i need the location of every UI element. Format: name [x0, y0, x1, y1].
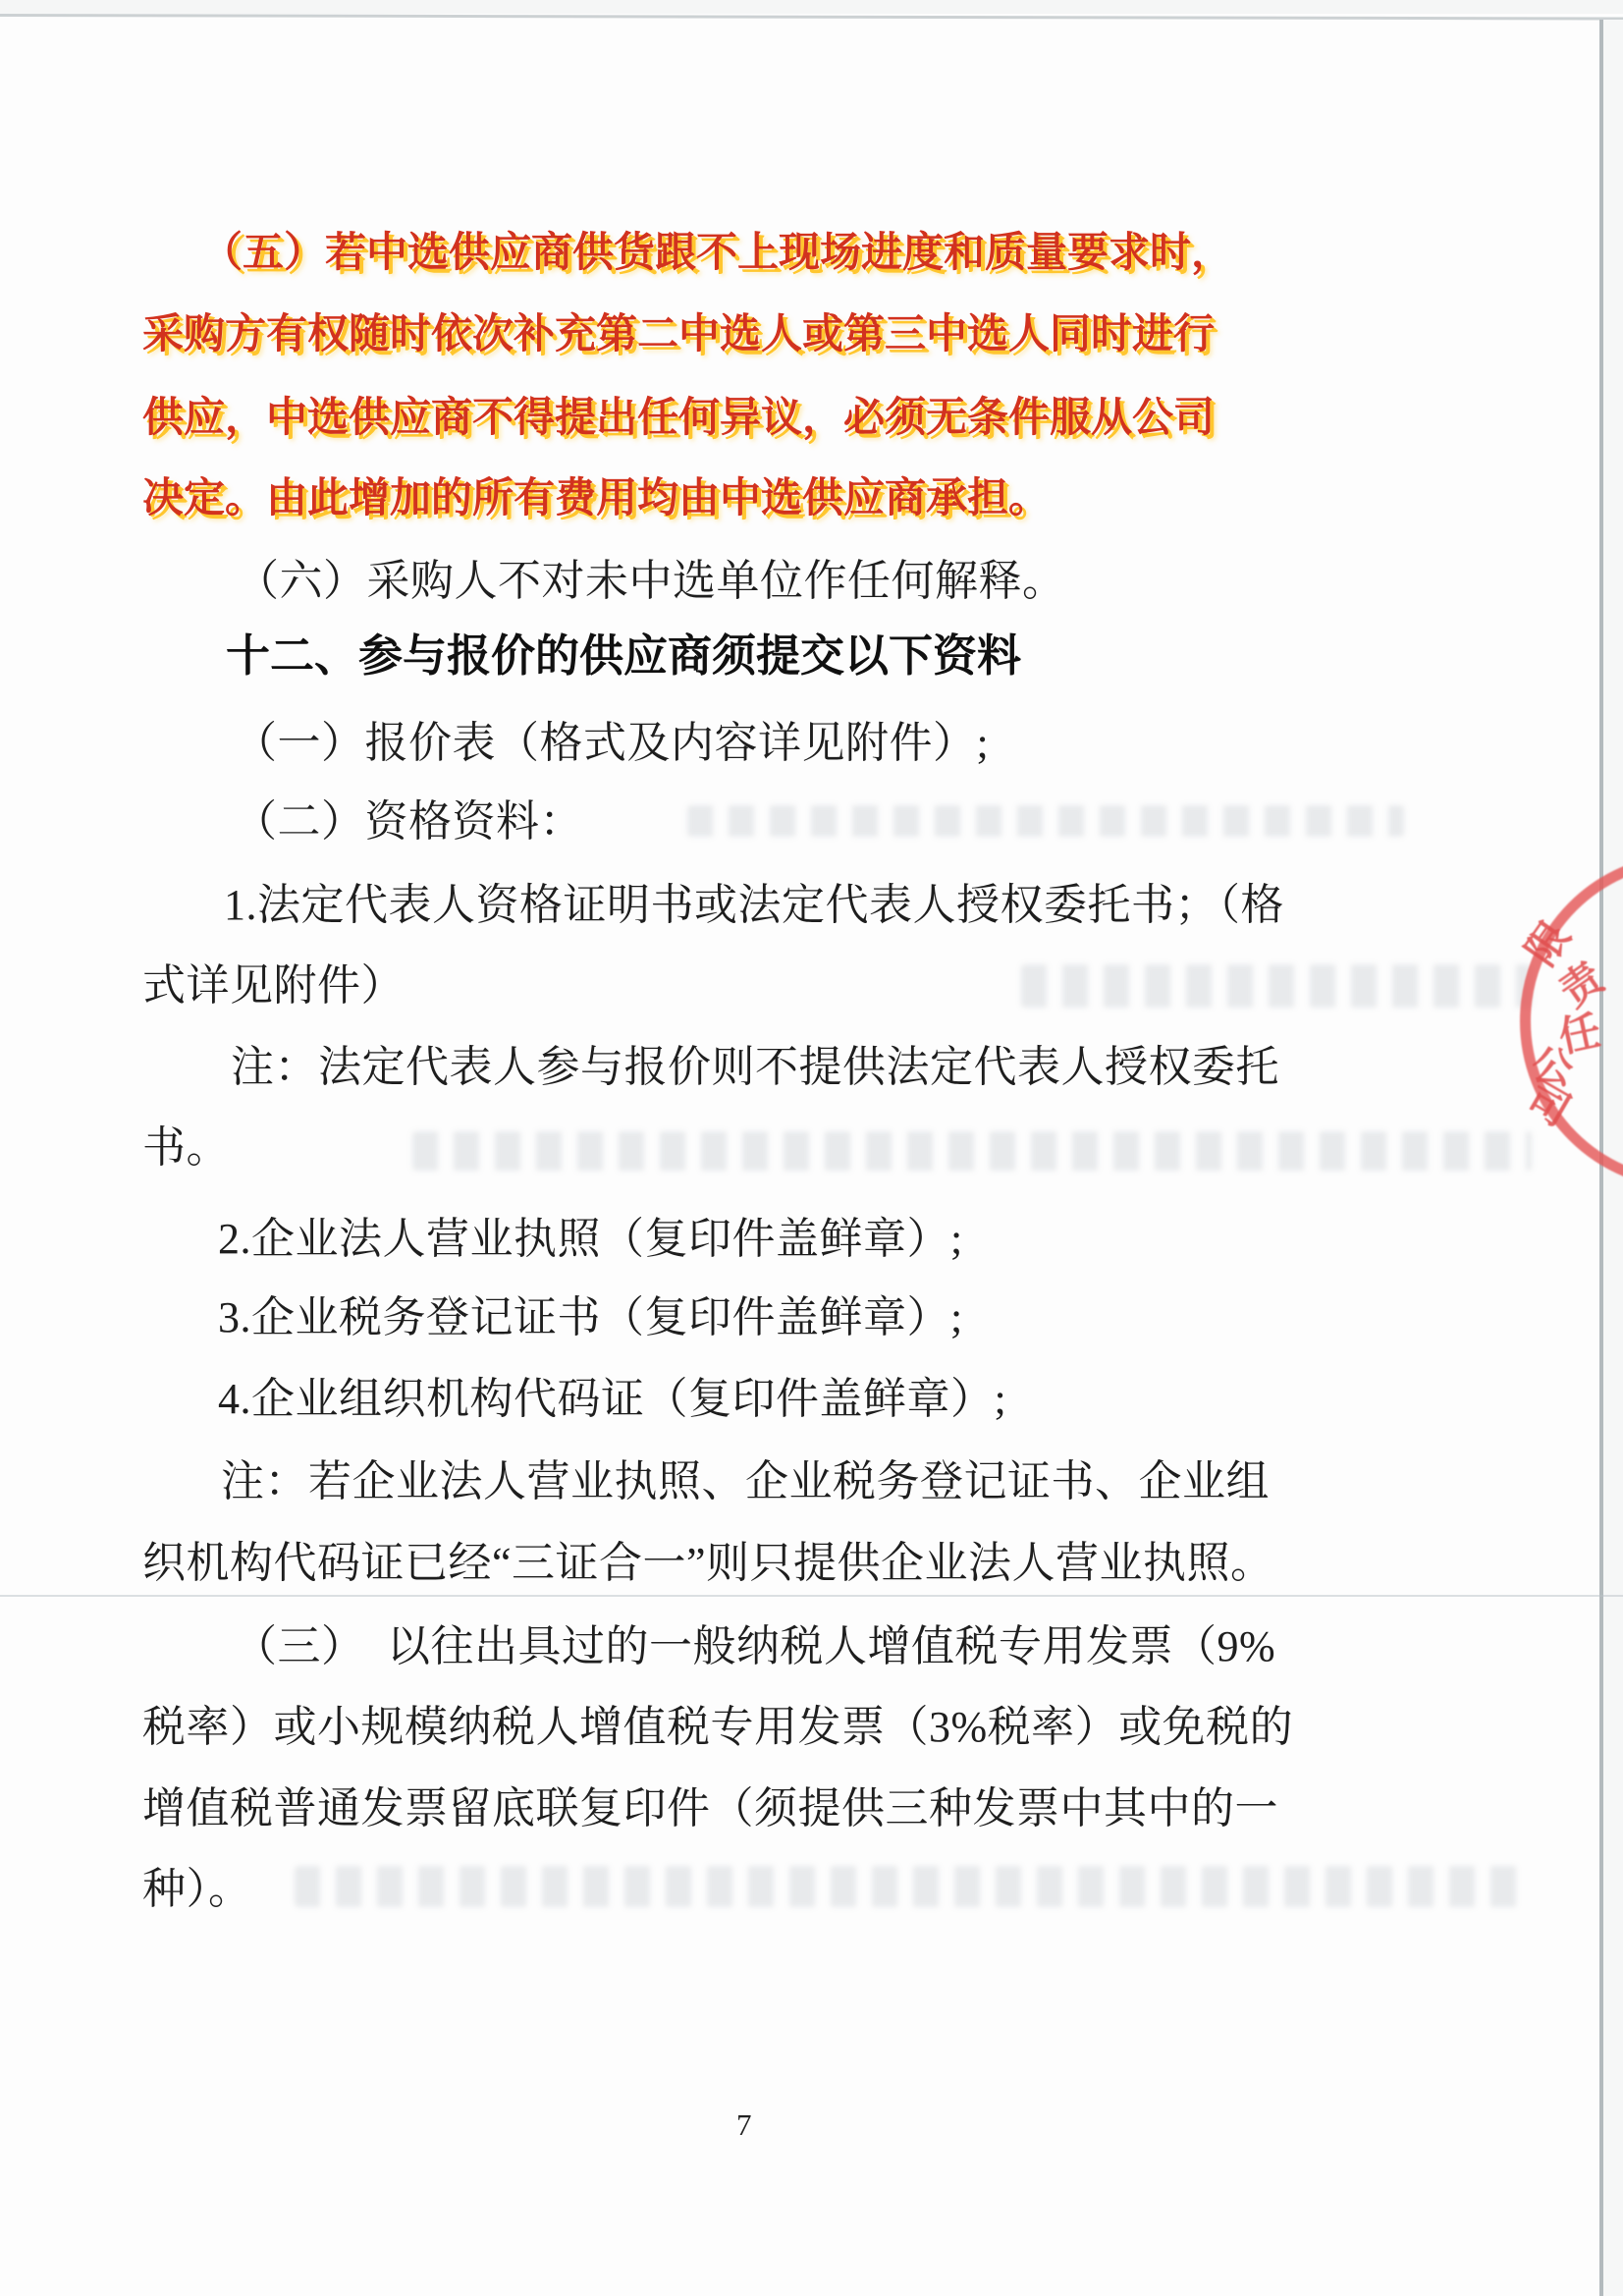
text-line-15: 4.企业组织机构代码证（复印件盖鲜章）;: [218, 1378, 1006, 1421]
text-line-19: 税率）或小规模纳税人增值税专用发票（3%税率）或免税的: [142, 1706, 1293, 1749]
bleedthrough-smudge: [687, 805, 1404, 837]
scan-top-margin: [0, 0, 1623, 14]
page-number: 7: [736, 2107, 752, 2143]
text-line-14: 3.企业税务登记证书（复印件盖鲜章）;: [218, 1296, 963, 1339]
text-line-6: 十二、参与报价的供应商须提交以下资料: [226, 633, 1021, 678]
text-line-11: 注：法定代表人参与报价则不提供法定代表人授权委托: [231, 1046, 1279, 1089]
scan-artifact-line: [0, 1595, 1623, 1597]
text-line-4: 决定。由此增加的所有费用均由中选供应商承担。: [142, 478, 1050, 519]
text-line-12: 书。: [142, 1126, 230, 1170]
scan-edge-top-line: [0, 14, 1623, 20]
text-line-9: 1.法定代表人资格证明书或法定代表人授权委托书；（格: [224, 884, 1284, 927]
text-line-18: （三） 以往出具过的一般纳税人增值税专用发票（9%: [234, 1625, 1275, 1668]
text-line-3: 供应，中选供应商不得提出任何异议，必须无条件服从公司: [142, 398, 1215, 439]
bleedthrough-smudge: [1021, 964, 1532, 1008]
text-line-16: 注：若企业法人营业执照、企业税务登记证书、企业组: [221, 1460, 1270, 1503]
text-line-13: 2.企业法人营业执照（复印件盖鲜章）;: [218, 1218, 963, 1261]
text-line-5: （六）采购人不对未中选单位作任何解释。: [236, 560, 1066, 603]
bleedthrough-smudge: [295, 1866, 1522, 1907]
text-line-20: 增值税普通发票留底联复印件（须提供三种发票中其中的一: [142, 1787, 1278, 1831]
scanned-document-page: （五）若中选供应商供货跟不上现场进度和质量要求时，采购方有权随时依次补充第二中选…: [0, 0, 1623, 2296]
bleedthrough-smudge: [412, 1131, 1532, 1171]
text-line-7: （一）报价表（格式及内容详见附件）;: [234, 722, 989, 765]
text-line-10: 式详见附件）: [142, 964, 405, 1008]
text-line-2: 采购方有权随时依次补充第二中选人或第三中选人同时进行: [142, 314, 1215, 355]
text-line-1: （五）若中选供应商供货跟不上现场进度和质量要求时，: [201, 233, 1232, 274]
text-line-8: （二）资格资料：: [234, 800, 583, 844]
text-line-21: 种）。: [142, 1868, 252, 1911]
text-line-17: 织机构代码证已经“三证合一”则只提供企业法人营业执照。: [142, 1542, 1274, 1585]
